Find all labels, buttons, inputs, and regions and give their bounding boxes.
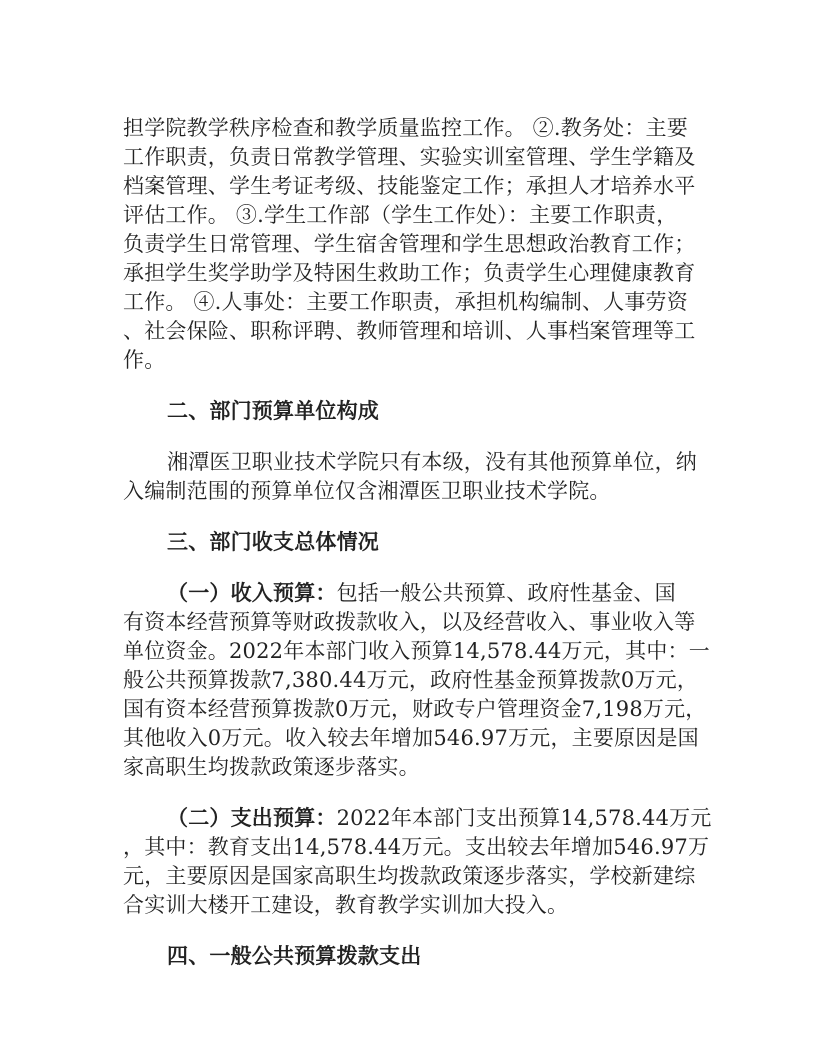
text-line: 档案管理、学生考证考级、技能鉴定工作；承担人才培养水平: [123, 172, 698, 201]
section1-continued: 担学院教学秩序检查和教学质量监控工作。 ②.教务处：主要 工作职责，负责日常教学…: [123, 114, 698, 375]
text-line: 合实训大楼开工建设，教育教学实训加大投入。: [123, 891, 698, 920]
text-line: 负责学生日常管理、学生宿舍管理和学生思想政治教育工作；: [123, 230, 698, 259]
text-line: 作。: [123, 346, 698, 375]
section-heading: 四、一般公共预算拨款支出: [123, 942, 698, 971]
text-line: 元，主要原因是国家高职生均拨款政策逐步落实，学校新建综: [123, 862, 698, 891]
text-line: 工作职责，负责日常教学管理、实验实训室管理、学生学籍及: [123, 143, 698, 172]
text-line: ，其中：教育支出14,578.44万元。支出较去年增加546.97万: [123, 833, 698, 862]
text-line: 家高职生均拨款政策逐步落实。: [123, 753, 698, 782]
text-line: 湘潭医卫职业技术学院只有本级，没有其他预算单位，纳: [123, 448, 698, 477]
text-line: 般公共预算拨款7,380.44万元，政府性基金预算拨款0万元，: [123, 666, 698, 695]
text-span: 2022年本部门支出预算14,578.44万元: [337, 806, 712, 830]
text-line: 工作。 ④.人事处：主要工作职责，承担机构编制、人事劳资: [123, 288, 698, 317]
document-page: 担学院教学秩序检查和教学质量监控工作。 ②.教务处：主要 工作职责，负责日常教学…: [123, 114, 698, 971]
section2-body: 湘潭医卫职业技术学院只有本级，没有其他预算单位，纳 入编制范围的预算单位仅含湘潭…: [123, 448, 698, 506]
section-heading: 三、部门收支总体情况: [123, 528, 698, 557]
text-line: 单位资金。2022年本部门收入预算14,578.44万元，其中：一: [123, 637, 698, 666]
income-paragraph: （一）收入预算：包括一般公共预算、政府性基金、国 有资本经营预算等财政拨款收入，…: [123, 579, 698, 782]
text-line: （二）支出预算：2022年本部门支出预算14,578.44万元: [123, 804, 698, 833]
text-line: 担学院教学秩序检查和教学质量监控工作。 ②.教务处：主要: [123, 114, 698, 143]
text-line: 承担学生奖学助学及特困生救助工作；负责学生心理健康教育: [123, 259, 698, 288]
text-span: 包括一般公共预算、政府性基金、国: [337, 581, 676, 605]
expense-lead: （二）支出预算：: [167, 806, 337, 830]
text-line: 其他收入0万元。收入较去年增加546.97万元，主要原因是国: [123, 724, 698, 753]
text-line: （一）收入预算：包括一般公共预算、政府性基金、国: [123, 579, 698, 608]
text-line: 入编制范围的预算单位仅含湘潭医卫职业技术学院。: [123, 477, 698, 506]
expense-paragraph: （二）支出预算：2022年本部门支出预算14,578.44万元 ，其中：教育支出…: [123, 804, 698, 920]
text-line: 、社会保险、职称评聘、教师管理和培训、人事档案管理等工: [123, 317, 698, 346]
section-heading: 二、部门预算单位构成: [123, 397, 698, 426]
text-line: 国有资本经营预算拨款0万元，财政专户管理资金7,198万元，: [123, 695, 698, 724]
text-line: 有资本经营预算等财政拨款收入，以及经营收入、事业收入等: [123, 608, 698, 637]
income-lead: （一）收入预算：: [167, 581, 337, 605]
text-line: 评估工作。 ③.学生工作部（学生工作处）：主要工作职责，: [123, 201, 698, 230]
